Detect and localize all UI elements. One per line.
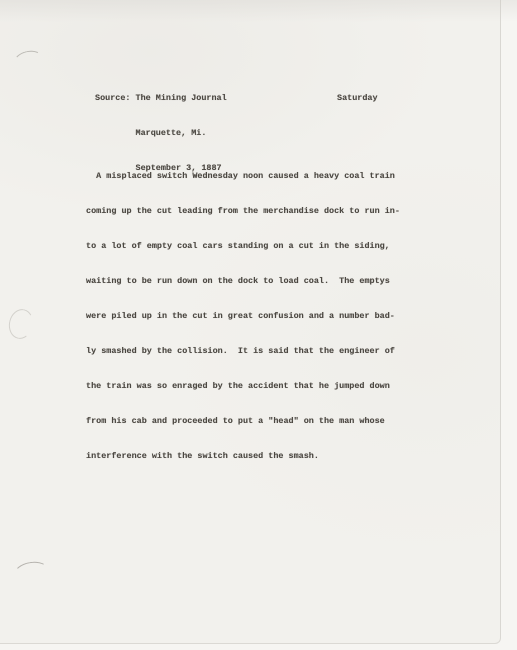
day-of-week: Saturday [337, 93, 378, 105]
scanned-page: Source: The Mining Journal Marquette, Mi… [0, 0, 517, 650]
paragraph-line: interference with the switch caused the … [86, 451, 400, 463]
article-paragraph: A misplaced switch Wednesday noon caused… [86, 148, 400, 486]
paragraph-line: to a lot of empty coal cars standing on … [86, 241, 400, 253]
pencil-arc-mark-bottom [13, 559, 51, 585]
paragraph-line: the train was so enraged by the accident… [86, 381, 400, 393]
source-line-journal: Source: The Mining Journal [95, 93, 227, 105]
paragraph-line: waiting to be run down on the dock to lo… [86, 276, 400, 288]
paragraph-line: ly smashed by the collision. It is said … [86, 346, 400, 358]
paragraph-line: were piled up in the cut in great confus… [86, 311, 400, 323]
paragraph-line: A misplaced switch Wednesday noon caused… [86, 171, 400, 183]
source-line-city: Marquette, Mi. [95, 128, 227, 140]
paragraph-line: coming up the cut leading from the merch… [86, 206, 400, 218]
paper-sheet: Source: The Mining Journal Marquette, Mi… [0, 0, 501, 644]
paragraph-line: from his cab and proceeded to put a "hea… [86, 416, 400, 428]
pencil-arc-mark-top [12, 48, 44, 73]
pencil-arc-mark-middle [6, 307, 36, 341]
